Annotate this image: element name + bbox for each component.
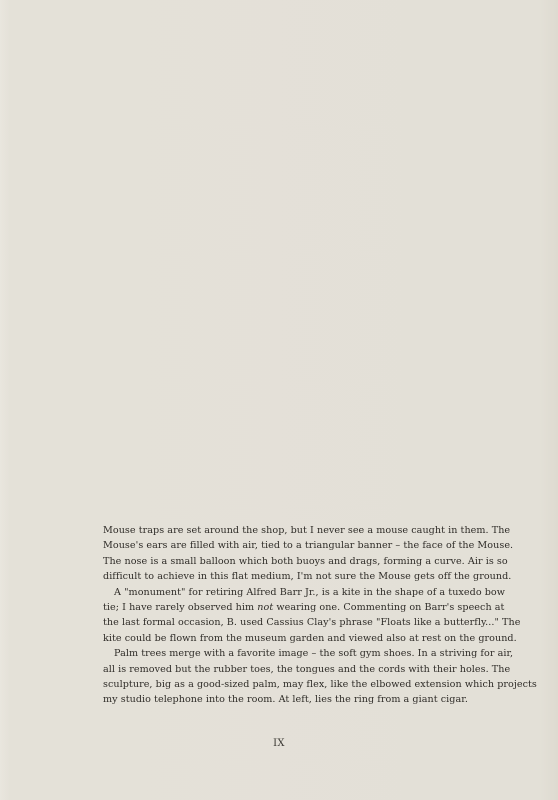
book-page: Mouse traps are set around the shop, but… <box>0 0 558 800</box>
page-number: IX <box>0 738 558 749</box>
text-line: the last formal occasion, B. used Cassiu… <box>103 615 459 630</box>
text-line: difficult to achieve in this flat medium… <box>103 569 459 584</box>
text-fragment: wearing one. Commenting on Barr's speech… <box>273 602 504 613</box>
paragraph-palm-trees: Palm trees merge with a favorite image –… <box>103 646 459 708</box>
text-line: all is removed but the rubber toes, the … <box>103 662 459 677</box>
paragraph-monument: A "monument" for retiring Alfred Barr Jr… <box>103 585 459 647</box>
text-line: kite could be flown from the museum gard… <box>103 631 459 646</box>
text-line: Mouse's ears are filled with air, tied t… <box>103 538 459 553</box>
text-line: A "monument" for retiring Alfred Barr Jr… <box>103 585 459 600</box>
body-text: Mouse traps are set around the shop, but… <box>103 523 459 708</box>
paragraph-mouse: Mouse traps are set around the shop, but… <box>103 523 459 585</box>
italic-word: not <box>257 602 273 613</box>
text-fragment: tie; I have rarely observed him <box>103 602 257 613</box>
text-line: my studio telephone into the room. At le… <box>103 692 459 707</box>
text-line: The nose is a small balloon which both b… <box>103 554 459 569</box>
text-line: Palm trees merge with a favorite image –… <box>103 646 459 661</box>
text-line: sculpture, big as a good-sized palm, may… <box>103 677 459 692</box>
text-line: Mouse traps are set around the shop, but… <box>103 523 459 538</box>
text-line: tie; I have rarely observed him not wear… <box>103 600 459 615</box>
